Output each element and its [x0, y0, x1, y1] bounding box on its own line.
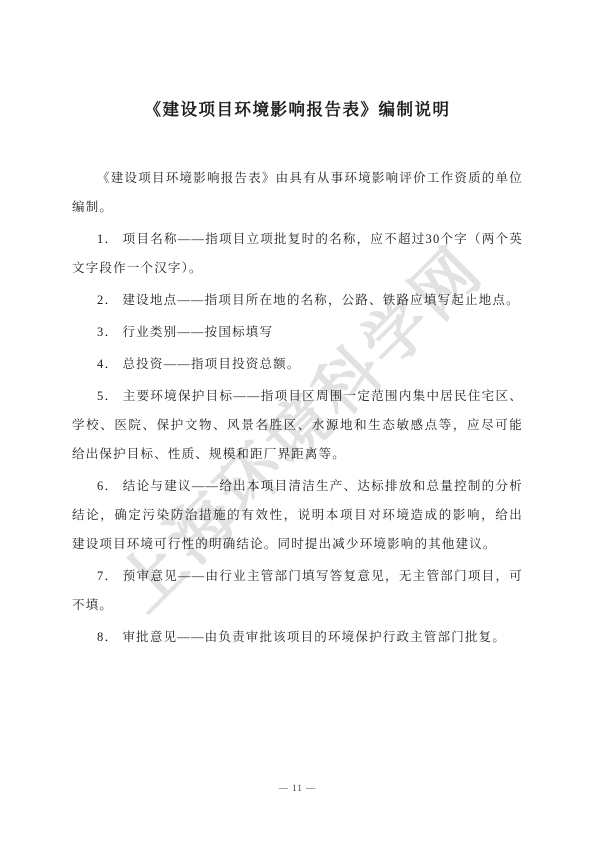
numbered-item-8: 8． 审批意见——由负责审批该项目的环境保护行政主管部门批复。 [72, 623, 523, 652]
page-number: — 11 — [0, 783, 595, 793]
numbered-item-4: 4． 总投资——指项目投资总额。 [72, 350, 523, 379]
numbered-item-3: 3． 行业类别——按国标填写 [72, 318, 523, 347]
numbered-item-1: 1． 项目名称——指项目立项批复时的名称，应不超过30个字（两个英文字段作一个汉… [72, 225, 523, 283]
document-content: 《建设项目环境影响报告表》编制说明 《建设项目环境影响报告表》由具有从事环境影响… [0, 0, 595, 652]
page-title: 《建设项目环境影响报告表》编制说明 [72, 100, 523, 120]
numbered-item-2: 2． 建设地点——指项目所在地的名称，公路、铁路应填写起止地点。 [72, 286, 523, 315]
numbered-item-5: 5． 主要环境保护目标——指项目区周围一定范围内集中居民住宅区、学校、医院、保护… [72, 382, 523, 469]
intro-paragraph: 《建设项目环境影响报告表》由具有从事环境影响评价工作资质的单位编制。 [72, 164, 523, 222]
numbered-item-7: 7． 预审意见——由行业主管部门填写答复意见，无主管部门项目，可不填。 [72, 562, 523, 620]
document-page: 上海环境科学网 《建设项目环境影响报告表》编制说明 《建设项目环境影响报告表》由… [0, 0, 595, 842]
numbered-item-6: 6． 结论与建议——给出本项目清洁生产、达标排放和总量控制的分析结论，确定污染防… [72, 472, 523, 559]
